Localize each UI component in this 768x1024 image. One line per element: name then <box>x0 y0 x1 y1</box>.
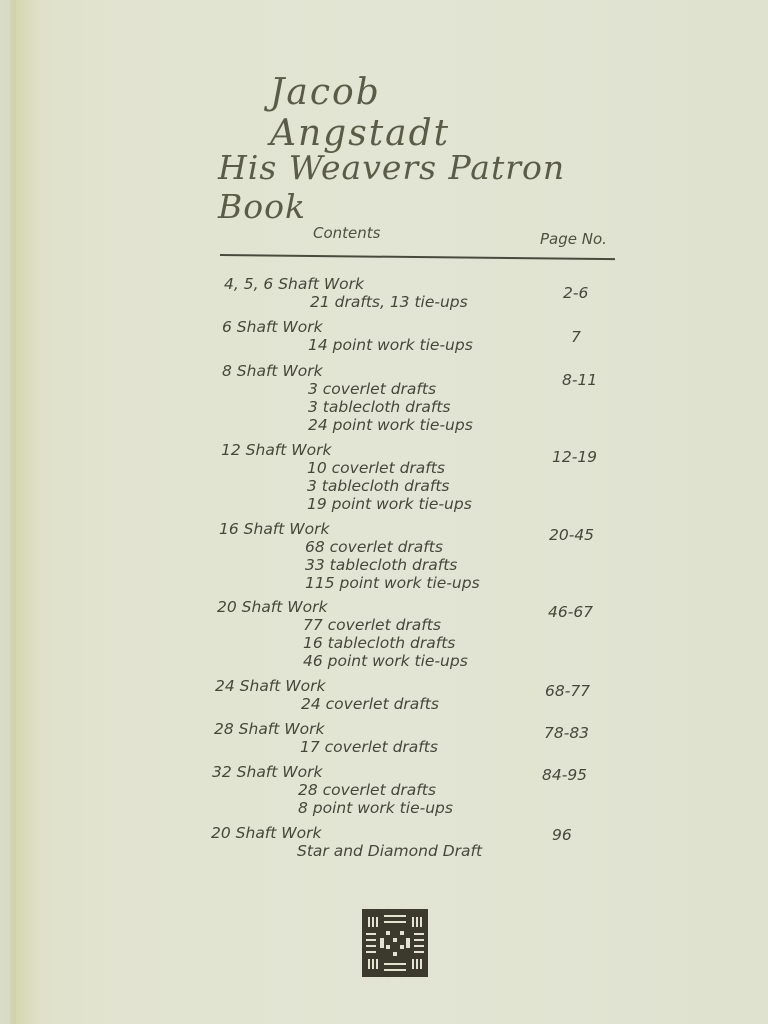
toc-entry-item: Star and Diamond Draft <box>211 842 482 860</box>
toc-entry-item: 16 tablecloth drafts <box>217 634 468 652</box>
toc-entry: 6 Shaft Work 14 point work tie-ups <box>222 318 473 354</box>
toc-entry-pages: 78-83 <box>544 724 589 742</box>
toc-entry: 16 Shaft Work 68 coverlet drafts 33 tabl… <box>219 520 480 592</box>
toc-entry-heading: 4, 5, 6 Shaft Work <box>224 275 468 293</box>
toc-entry-pages: 46-67 <box>548 603 593 621</box>
toc-entry: 12 Shaft Work 10 coverlet drafts 3 table… <box>221 441 472 513</box>
toc-entry-item: 24 point work tie-ups <box>222 416 473 434</box>
toc-entry-item: 3 tablecloth drafts <box>222 398 473 416</box>
toc-entry-heading: 32 Shaft Work <box>212 763 453 781</box>
toc-entry-item: 19 point work tie-ups <box>221 495 472 513</box>
toc-entry-item: 21 drafts, 13 tie-ups <box>224 293 468 311</box>
toc-entry: 24 Shaft Work 24 coverlet drafts <box>215 677 439 713</box>
toc-entry-item: 14 point work tie-ups <box>222 336 473 354</box>
toc-entry-item: 115 point work tie-ups <box>219 574 480 592</box>
toc-entry-pages: 12-19 <box>552 448 597 466</box>
toc-entry-heading: 6 Shaft Work <box>222 318 473 336</box>
toc-entry-pages: 84-95 <box>542 766 587 784</box>
woven-coverlet-pattern-icon <box>360 903 430 983</box>
table-of-contents: 4, 5, 6 Shaft Work 21 drafts, 13 tie-ups… <box>0 0 768 1024</box>
toc-entry-heading: 20 Shaft Work <box>217 598 468 616</box>
toc-entry-item: 17 coverlet drafts <box>214 738 438 756</box>
toc-entry-pages: 8-11 <box>562 371 597 389</box>
toc-entry-pages: 20-45 <box>549 526 594 544</box>
toc-entry-heading: 12 Shaft Work <box>221 441 472 459</box>
toc-entry-item: 68 coverlet drafts <box>219 538 480 556</box>
toc-entry-item: 10 coverlet drafts <box>221 459 472 477</box>
toc-entry-item: 8 point work tie-ups <box>212 799 453 817</box>
toc-entry-item: 28 coverlet drafts <box>212 781 453 799</box>
toc-entry-item: 77 coverlet drafts <box>217 616 468 634</box>
toc-entry-pages: 68-77 <box>545 682 590 700</box>
toc-entry-heading: 24 Shaft Work <box>215 677 439 695</box>
toc-entry: 8 Shaft Work 3 coverlet drafts 3 tablecl… <box>222 362 473 434</box>
toc-entry: 4, 5, 6 Shaft Work 21 drafts, 13 tie-ups <box>224 275 468 311</box>
toc-entry-item: 3 tablecloth drafts <box>221 477 472 495</box>
toc-entry-item: 24 coverlet drafts <box>215 695 439 713</box>
toc-entry: 32 Shaft Work 28 coverlet drafts 8 point… <box>212 763 453 817</box>
toc-entry: 20 Shaft Work 77 coverlet drafts 16 tabl… <box>217 598 468 670</box>
toc-entry-heading: 20 Shaft Work <box>211 824 482 842</box>
toc-entry-item: 3 coverlet drafts <box>222 380 473 398</box>
toc-entry-heading: 16 Shaft Work <box>219 520 480 538</box>
toc-entry-pages: 2-6 <box>563 284 588 302</box>
toc-entry-item: 46 point work tie-ups <box>217 652 468 670</box>
toc-entry-heading: 8 Shaft Work <box>222 362 473 380</box>
toc-entry: 28 Shaft Work 17 coverlet drafts <box>214 720 438 756</box>
toc-entry-heading: 28 Shaft Work <box>214 720 438 738</box>
toc-entry: 20 Shaft Work Star and Diamond Draft <box>211 824 482 860</box>
toc-entry-pages: 96 <box>552 826 572 844</box>
toc-entry-pages: 7 <box>571 328 581 346</box>
toc-entry-item: 33 tablecloth drafts <box>219 556 480 574</box>
